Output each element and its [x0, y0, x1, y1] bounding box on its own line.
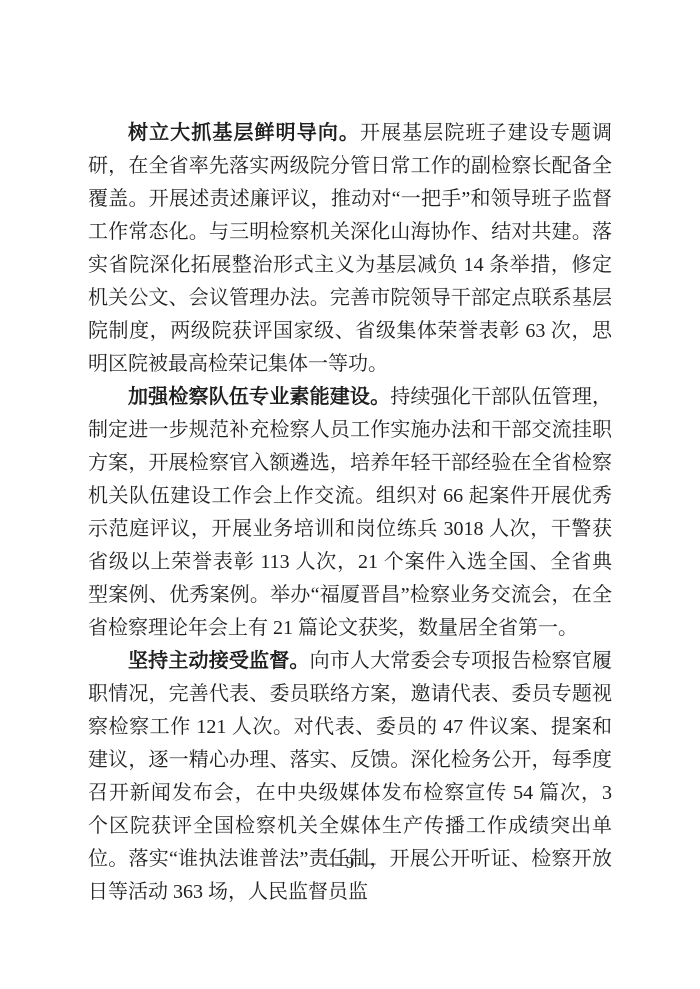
paragraph-1-body: 开展基层院班子建设专题调研，在全省率先落实两级院分管日常工作的副检察长配备全覆盖… — [88, 122, 612, 375]
page-footer: — 9 — — [0, 852, 700, 874]
paragraph-1-lead: 树立大抓基层鲜明导向。 — [128, 122, 360, 144]
paragraph-team-building: 加强检察队伍专业素能建设。持续强化干部队伍管理，制定进一步规范补充检察人员工作实… — [88, 381, 612, 645]
paragraph-2-body: 持续强化干部队伍管理，制定进一步规范补充检察人员工作实施办法和干部交流挂职方案，… — [88, 386, 612, 639]
document-page: 树立大抓基层鲜明导向。开展基层院班子建设专题调研，在全省率先落实两级院分管日常工… — [0, 0, 700, 989]
paragraph-3-lead: 坚持主动接受监督。 — [128, 650, 310, 672]
paragraph-grassroots-orientation: 树立大抓基层鲜明导向。开展基层院班子建设专题调研，在全省率先落实两级院分管日常工… — [88, 117, 612, 381]
page-number: — 9 — — [325, 853, 376, 872]
document-text-block: 树立大抓基层鲜明导向。开展基层院班子建设专题调研，在全省率先落实两级院分管日常工… — [88, 117, 612, 909]
paragraph-2-lead: 加强检察队伍专业素能建设。 — [128, 386, 390, 408]
